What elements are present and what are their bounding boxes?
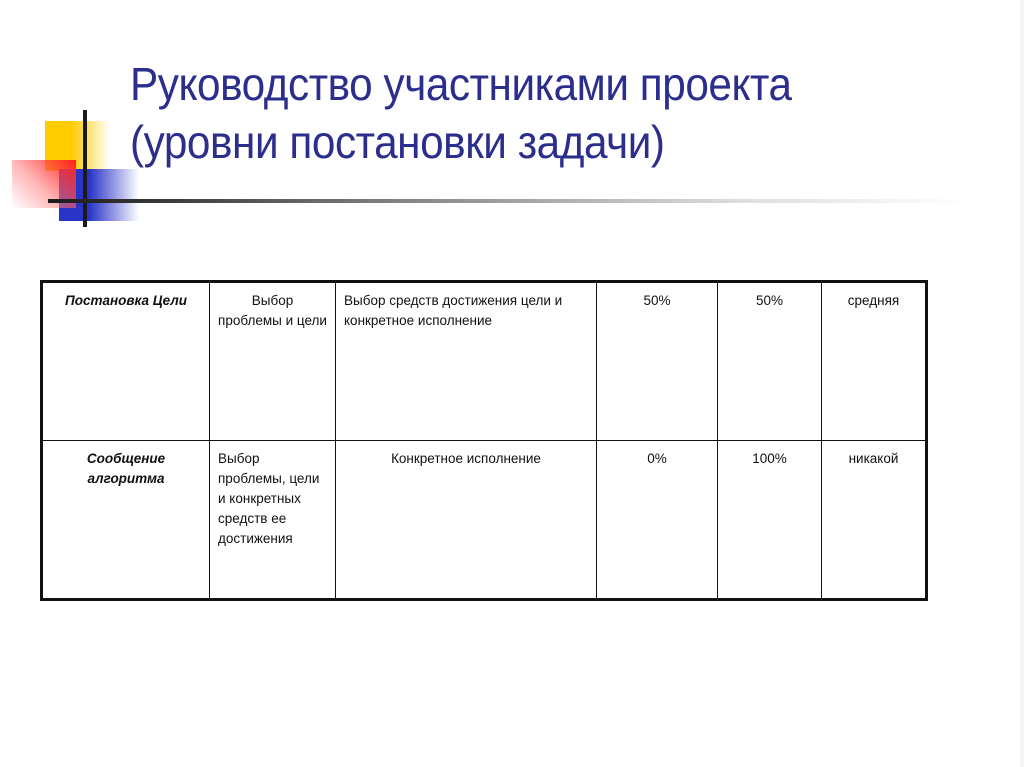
degree-cell: средняя (822, 282, 927, 441)
table-row: Сообщение алгоритма Выбор проблемы, цели… (42, 441, 927, 600)
value-b-cell: 100% (718, 441, 822, 600)
slide-title: Руководство участниками проекта (уровни … (130, 55, 930, 171)
manager-defines-cell: Выбор проблемы, цели и конкретных средст… (210, 441, 336, 600)
title-divider-line (48, 199, 968, 203)
manager-defines-cell: Выбор проблемы и цели (210, 282, 336, 441)
slide-edge (1020, 0, 1024, 767)
performer-defines-cell: Конкретное исполнение (336, 441, 597, 600)
level-cell: Сообщение алгоритма (42, 441, 210, 600)
degree-cell: никакой (822, 441, 927, 600)
value-a-cell: 50% (597, 282, 718, 441)
value-b-cell: 50% (718, 282, 822, 441)
slide-title-line-1: Руководство участниками проекта (130, 55, 930, 113)
task-levels-table: Постановка Цели Выбор проблемы и цели Вы… (40, 280, 928, 601)
level-cell: Постановка Цели (42, 282, 210, 441)
performer-defines-cell: Выбор средств достижения цели и конкретн… (336, 282, 597, 441)
decorative-vertical-line (83, 110, 87, 227)
value-a-cell: 0% (597, 441, 718, 600)
table-row: Постановка Цели Выбор проблемы и цели Вы… (42, 282, 927, 441)
slide-title-line-2: (уровни постановки задачи) (130, 113, 930, 171)
